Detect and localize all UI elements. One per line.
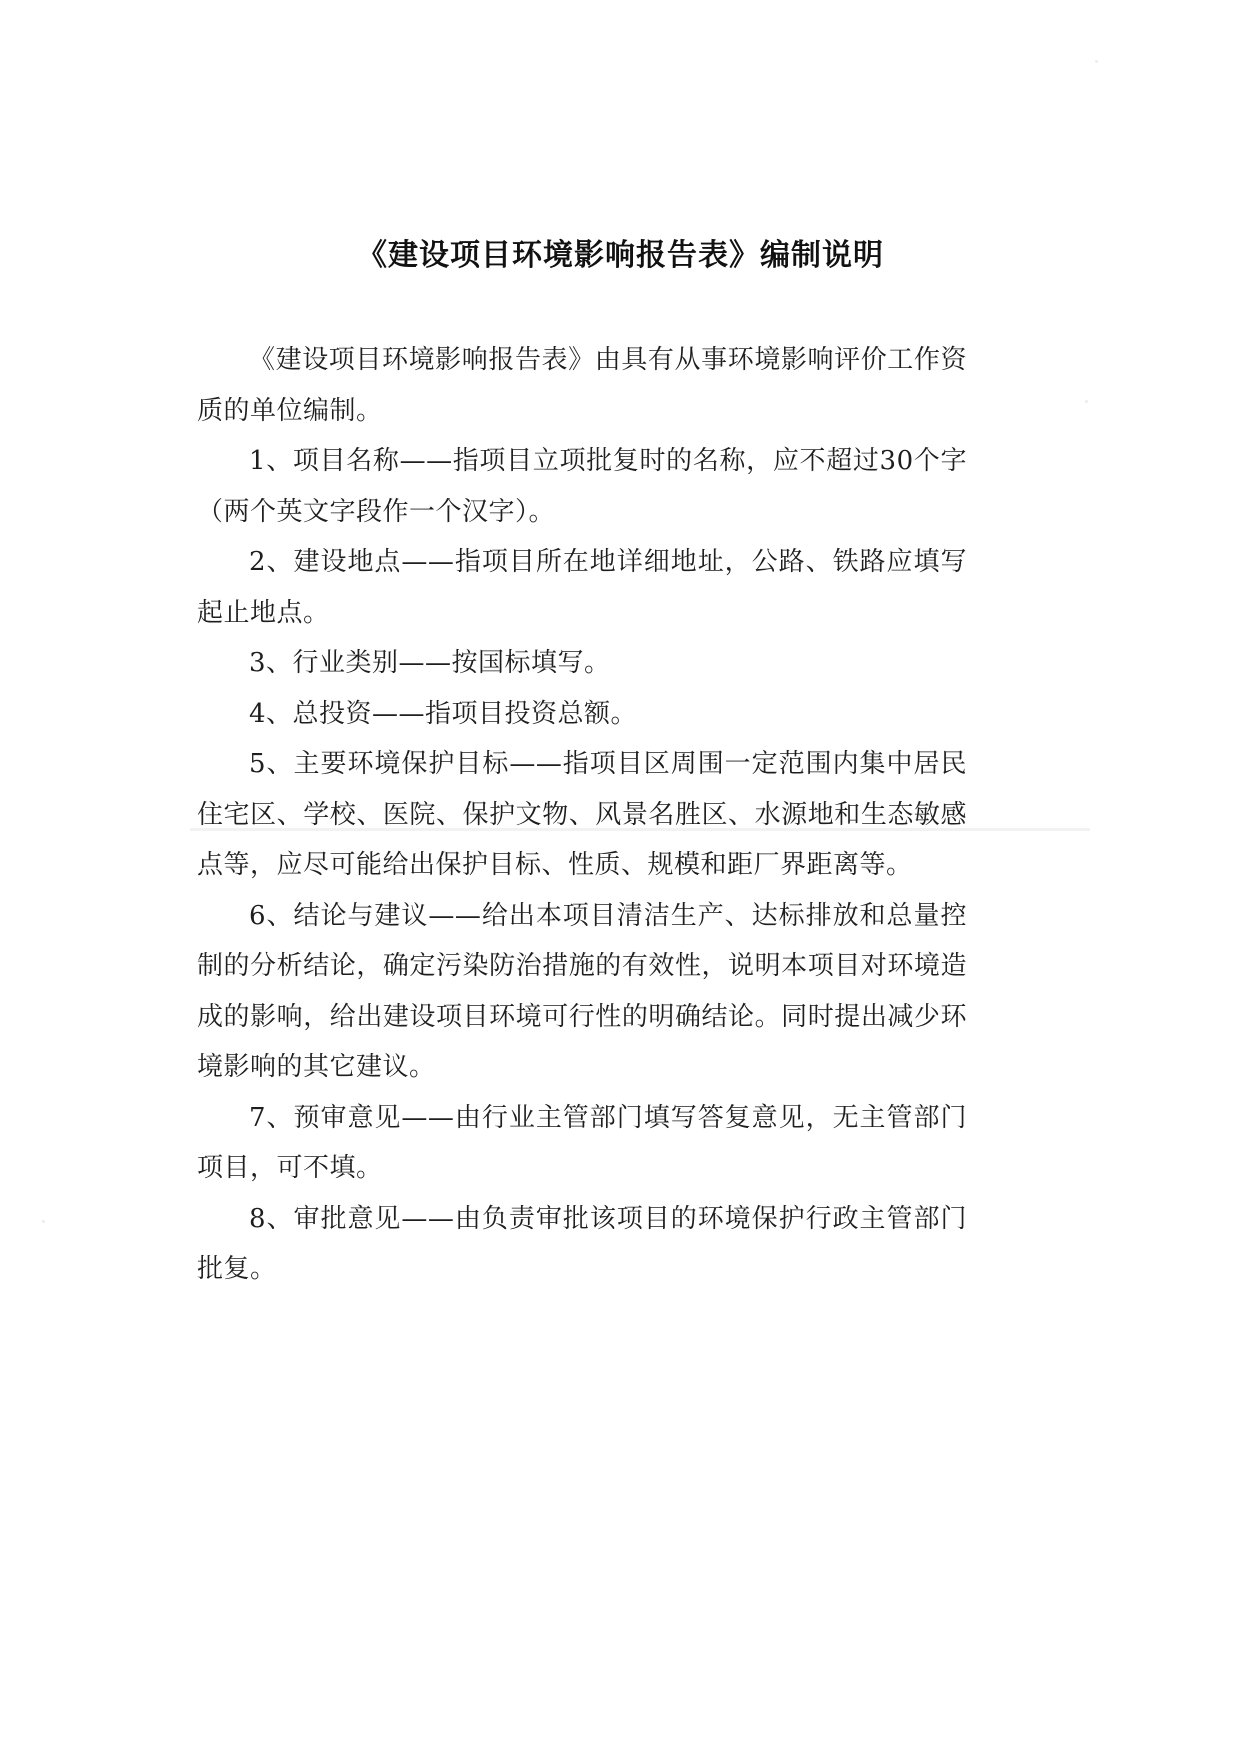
- item-total-investment: 4、总投资——指项目投资总额。: [197, 689, 967, 740]
- item-approval-opinion: 8、审批意见——由负责审批该项目的环境保护行政主管部门批复。: [197, 1194, 967, 1295]
- intro-paragraph: 《建设项目环境影响报告表》由具有从事环境影响评价工作资质的单位编制。: [197, 335, 967, 436]
- document-title: 《建设项目环境影响报告表》编制说明: [0, 230, 1241, 274]
- item-conclusions: 6、结论与建议——给出本项目清洁生产、达标排放和总量控制的分析结论，确定污染防治…: [197, 891, 967, 1093]
- scan-artifact-dot: [42, 1220, 45, 1223]
- item-preliminary-review: 7、预审意见——由行业主管部门填写答复意见，无主管部门项目，可不填。: [197, 1093, 967, 1194]
- item-protection-targets: 5、主要环境保护目标——指项目区周围一定范围内集中居民住宅区、学校、医院、保护文…: [197, 739, 967, 891]
- document-page: 《建设项目环境影响报告表》编制说明 《建设项目环境影响报告表》由具有从事环境影响…: [0, 0, 1241, 1755]
- item-industry-category: 3、行业类别——按国标填写。: [197, 638, 967, 689]
- scan-artifact-dot: [1085, 400, 1088, 403]
- item-construction-site: 2、建设地点——指项目所在地详细地址，公路、铁路应填写起止地点。: [197, 537, 967, 638]
- scan-artifact-line: [190, 828, 1090, 831]
- item-project-name: 1、项目名称——指项目立项批复时的名称，应不超过30个字（两个英文字段作一个汉字…: [197, 436, 967, 537]
- scan-artifact-dot: [1095, 60, 1098, 63]
- document-body: 《建设项目环境影响报告表》由具有从事环境影响评价工作资质的单位编制。 1、项目名…: [197, 335, 967, 1295]
